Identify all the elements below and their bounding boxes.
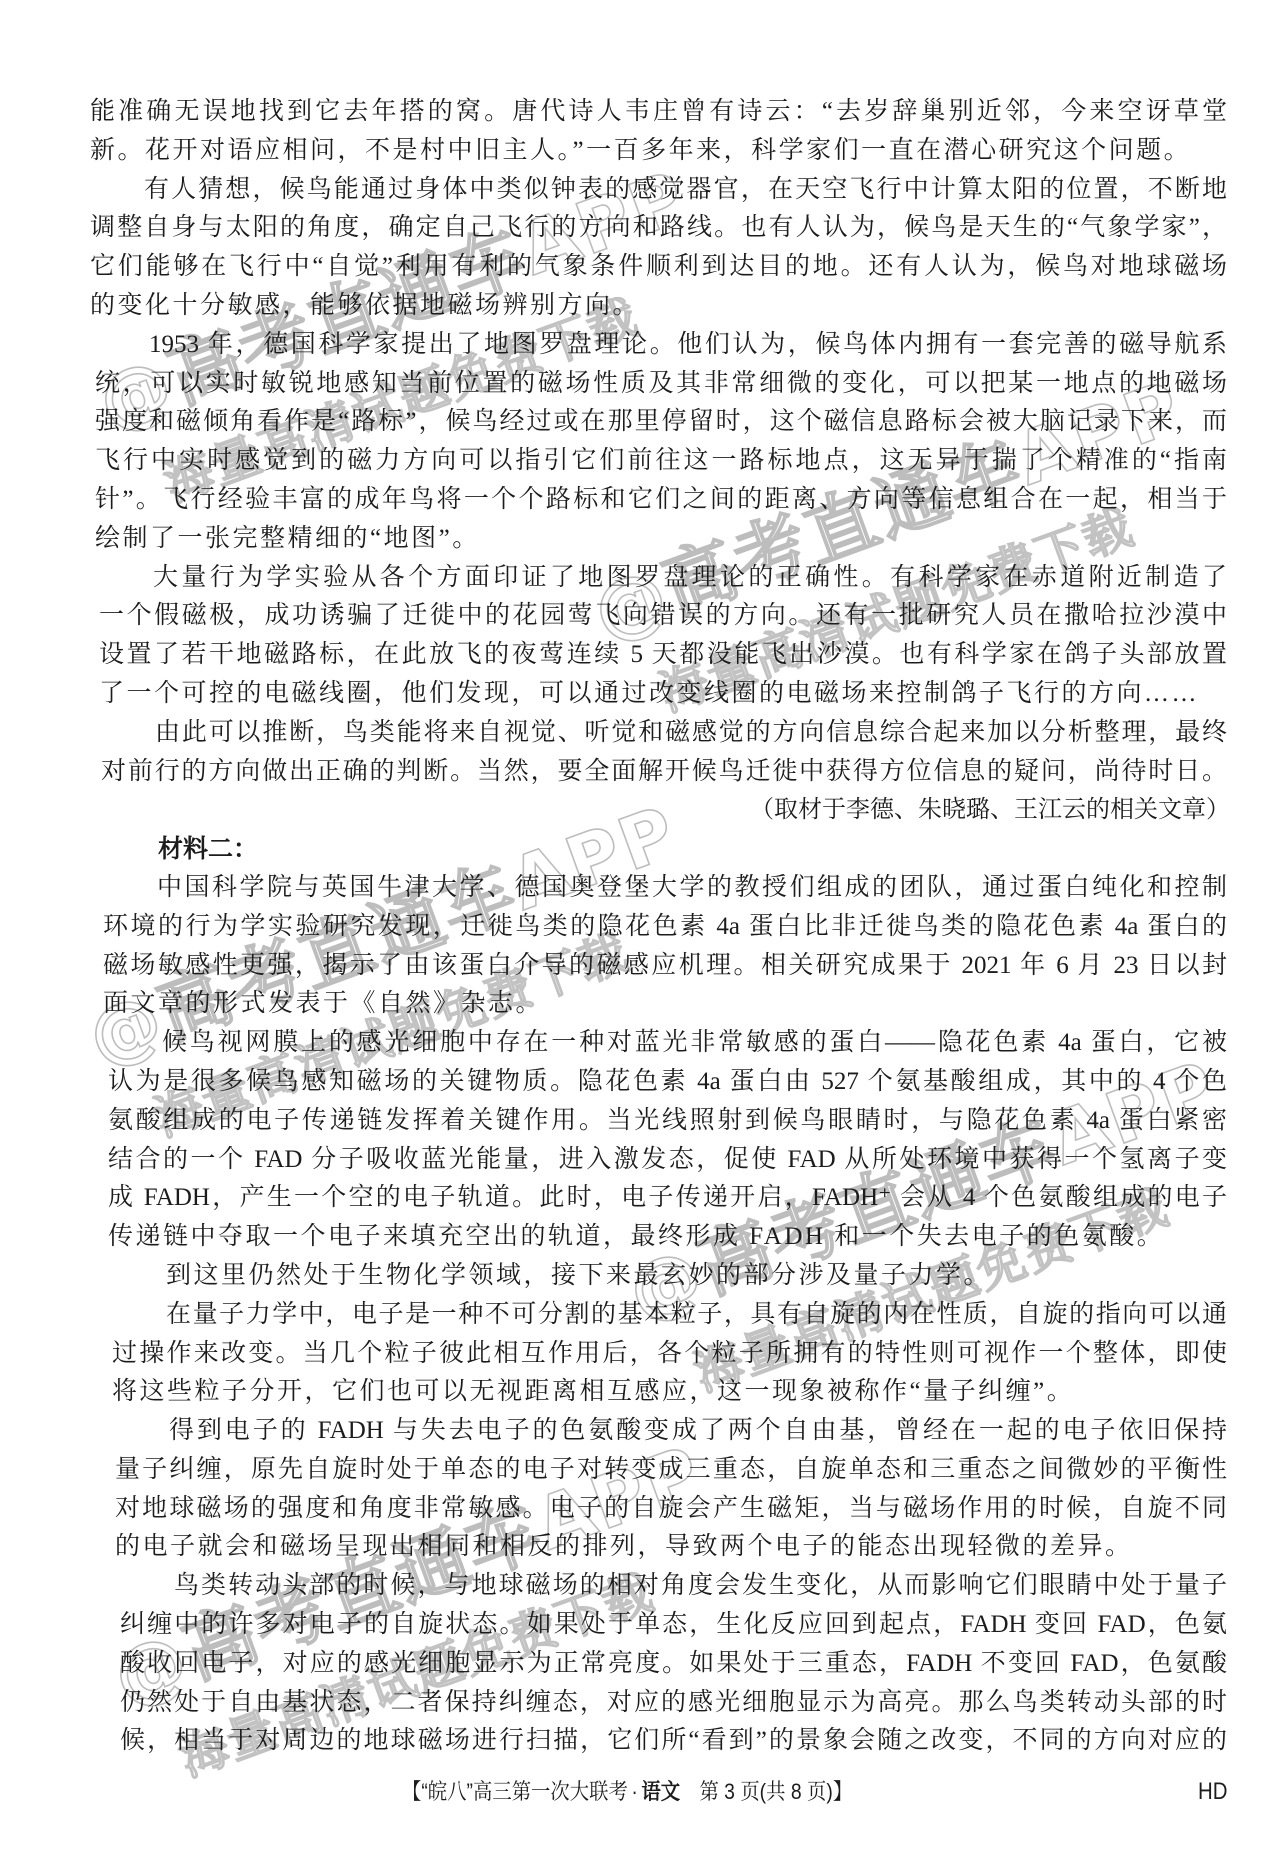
section-heading-material-two: 材料二： — [0, 830, 1280, 869]
text-line: 鸟类转动头部的时候，与地球磁场的相对角度会发生变化，从而影响它们眼睛中处于量子 — [120, 1567, 1227, 1606]
text-line: 氨酸组成的电子传递链发挥着关键作用。当光线照射到候鸟眼睛时，与隐花色素 4a 蛋… — [108, 1102, 1227, 1141]
text-line: 飞行中实时感觉到的磁力方向可以指引它们前往这一路标地点，这无异于揣了个精准的“指… — [95, 442, 1227, 481]
footer-page-number: 第 3 页(共 8 页)】 — [699, 1779, 852, 1804]
text-line: 对地球磁场的强度和角度非常敏感。电子的自旋会产生磁矩，当与磁场作用的时候，自旋不… — [115, 1490, 1227, 1529]
footer-subject: 语文 — [641, 1779, 680, 1804]
paragraph: 1953 年，德国科学家提出了地图罗盘理论。他们认为，候鸟体内拥有一套完善的磁导… — [0, 326, 1280, 559]
paragraph: 候鸟视网膜上的感光细胞中存在一种对蓝光非常敏感的蛋白——隐花色素 4a 蛋白，它… — [0, 1024, 1280, 1257]
footer-code: HD — [1198, 1777, 1227, 1807]
text-line: 的变化十分敏感，能够依据地磁场辨别方向。 — [90, 287, 1227, 326]
text-line: 到这里仍然处于生物化学领域，接下来最玄妙的部分涉及量子力学。 — [112, 1257, 1227, 1296]
text-line: 大量行为学实验从各个方面印证了地图罗盘理论的正确性。有科学家在赤道附近制造了 — [99, 559, 1227, 598]
text-line: 针”。飞行经验丰富的成年鸟将一个个路标和它们之间的距离、方向等信息组合在一起，相… — [95, 481, 1227, 520]
text-line: 设置了若干地磁路标，在此放飞的夜莺连续 5 天都没能飞出沙漠。也有科学家在鸽子头… — [99, 636, 1227, 675]
text-line: 认为是很多候鸟感知磁场的关键物质。隐花色素 4a 蛋白由 527 个氨基酸组成，… — [108, 1063, 1227, 1102]
text-line: 统，可以实时敏锐地感知当前位置的磁场性质及其非常细微的变化，可以把某一地点的地磁… — [95, 365, 1227, 404]
text-line: 酸收回电子，对应的感光细胞显示为正常亮度。如果处于三重态，FADH 不变回 FA… — [120, 1645, 1227, 1684]
text-line: 由此可以推断，鸟类能将来自视觉、听觉和磁感觉的方向信息综合起来加以分析整理，最终 — [101, 714, 1227, 753]
paragraph: 大量行为学实验从各个方面印证了地图罗盘理论的正确性。有科学家在赤道附近制造了 一… — [0, 559, 1280, 714]
text-line: 候鸟视网膜上的感光细胞中存在一种对蓝光非常敏感的蛋白——隐花色素 4a 蛋白，它… — [108, 1024, 1227, 1063]
text-line: 中国科学院与英国牛津大学、德国奥登堡大学的教授们组成的团队，通过蛋白纯化和控制 — [103, 869, 1227, 908]
text-line: 1953 年，德国科学家提出了地图罗盘理论。他们认为，候鸟体内拥有一套完善的磁导… — [95, 326, 1227, 365]
paragraph: 由此可以推断，鸟类能将来自视觉、听觉和磁感觉的方向信息综合起来加以分析整理，最终… — [0, 714, 1280, 792]
paragraph: 中国科学院与英国牛津大学、德国奥登堡大学的教授们组成的团队，通过蛋白纯化和控制 … — [0, 869, 1280, 1024]
text-line: 能准确无误地找到它去年搭的窝。唐代诗人韦庄曾有诗云：“去岁辞巢别近邻，今来空讶草… — [90, 93, 1227, 132]
text-line: 调整自身与太阳的角度，确定自己飞行的方向和路线。也有人认为，候鸟是天生的“气象学… — [90, 209, 1227, 248]
text-line: 一个假磁极，成功诱骗了迁徙中的花园莺飞向错误的方向。还有一批研究人员在撒哈拉沙漠… — [99, 597, 1227, 636]
paragraph: 得到电子的 FADH 与失去电子的色氨酸变成了两个自由基，曾经在一起的电子依旧保… — [0, 1412, 1280, 1567]
paragraph: 鸟类转动头部的时候，与地球磁场的相对角度会发生变化，从而影响它们眼睛中处于量子 … — [0, 1567, 1280, 1761]
page-footer: 【“皖八”高三第一次大联考·语文第 3 页(共 8 页)】 — [402, 1777, 852, 1807]
paragraph: 到这里仍然处于生物化学领域，接下来最玄妙的部分涉及量子力学。 — [0, 1257, 1280, 1296]
text-line: 将这些粒子分开，它们也可以无视距离相互感应，这一现象被称作“量子纠缠”。 — [112, 1373, 1227, 1412]
footer-separator: · — [628, 1779, 641, 1804]
text-line: 过操作来改变。当几个粒子彼此相互作用后，各个粒子所拥有的特性则可视作一个整体，即… — [112, 1335, 1227, 1374]
text-line: 传递链中夺取一个电子来填充空出的轨道，最终形成 FADH 和一个失去电子的色氨酸… — [108, 1218, 1227, 1257]
text-line: 绘制了一张完整精细的“地图”。 — [95, 520, 1227, 559]
text-line: 磁场敏感性更强，揭示了由该蛋白介导的磁感应机理。相关研究成果于 2021 年 6… — [103, 947, 1227, 986]
paragraph: 有人猜想，候鸟能通过身体中类似钟表的感觉器官，在天空飞行中计算太阳的位置，不断地… — [0, 171, 1280, 326]
text-line: 的电子就会和磁场呈现出相同和相反的排列，导致两个电子的能态出现轻微的差异。 — [115, 1528, 1227, 1567]
text-line: 有人猜想，候鸟能通过身体中类似钟表的感觉器官，在天空飞行中计算太阳的位置，不断地 — [90, 171, 1227, 210]
text-line: 成 FADH，产生一个空的电子轨道。此时，电子传递开启，FADH⁺ 会从 4 个… — [108, 1179, 1227, 1218]
paragraph: 能准确无误地找到它去年搭的窝。唐代诗人韦庄曾有诗云：“去岁辞巢别近邻，今来空讶草… — [0, 93, 1280, 171]
text-line: 它们能够在飞行中“自觉”利用有利的气象条件顺利到达目的地。还有人认为，候鸟对地球… — [90, 248, 1227, 287]
text-line: 纠缠中的许多对电子的自旋状态。如果处于单态，生化反应回到起点，FADH 变回 F… — [120, 1606, 1227, 1645]
text-line: 仍然处于自由基状态，二者保持纠缠态，对应的感光细胞显示为高亮。那么鸟类转动头部的… — [120, 1684, 1227, 1723]
footer-exam-name: 【“皖八”高三第一次大联考 — [402, 1779, 628, 1804]
text-line: 了一个可控的电磁线圈，他们发现，可以通过改变线圈的电磁场来控制鸽子飞行的方向…… — [99, 675, 1227, 714]
text-line: 结合的一个 FAD 分子吸收蓝光能量，进入激发态，促使 FAD 从所处环境中获得… — [108, 1141, 1227, 1180]
exam-page: @高考直通车APP 海量高清试题免费下载 @高考直通车APP 海量高清试题免费下… — [0, 0, 1280, 1865]
text-line: 新。花开对语应相问，不是村中旧主人。”一百多年来，科学家们一直在潜心研究这个问题… — [90, 132, 1227, 171]
text-line: 在量子力学中，电子是一种不可分割的基本粒子，具有自旋的内在性质，自旋的指向可以通 — [112, 1296, 1227, 1335]
source-citation: （取材于李德、朱晓璐、王江云的相关文章） — [0, 791, 1280, 830]
text-line: 强度和磁倾角看作是“路标”，候鸟经过或在那里停留时，这个磁信息路标会被大脑记录下… — [95, 403, 1227, 442]
paragraph: 在量子力学中，电子是一种不可分割的基本粒子，具有自旋的内在性质，自旋的指向可以通… — [0, 1296, 1280, 1412]
text-line: 环境的行为学实验研究发现，迁徙鸟类的隐花色素 4a 蛋白比非迁徙鸟类的隐花色素 … — [103, 908, 1227, 947]
text-line: 量子纠缠，原先自旋时处于单态的电子对转变成三重态，自旋单态和三重态之间微妙的平衡… — [115, 1451, 1227, 1490]
text-line: 对前行的方向做出正确的判断。当然，要全面解开候鸟迁徙中获得方位信息的疑问，尚待时… — [101, 753, 1227, 792]
text-line: 候，相当于对周边的地球磁场进行扫描，它们所“看到”的景象会随之改变，不同的方向对… — [120, 1722, 1227, 1761]
text-line: 得到电子的 FADH 与失去电子的色氨酸变成了两个自由基，曾经在一起的电子依旧保… — [115, 1412, 1227, 1451]
article-body: 能准确无误地找到它去年搭的窝。唐代诗人韦庄曾有诗云：“去岁辞巢别近邻，今来空讶草… — [0, 93, 1280, 1761]
text-line: 面文章的形式发表于《自然》杂志。 — [103, 985, 1227, 1024]
